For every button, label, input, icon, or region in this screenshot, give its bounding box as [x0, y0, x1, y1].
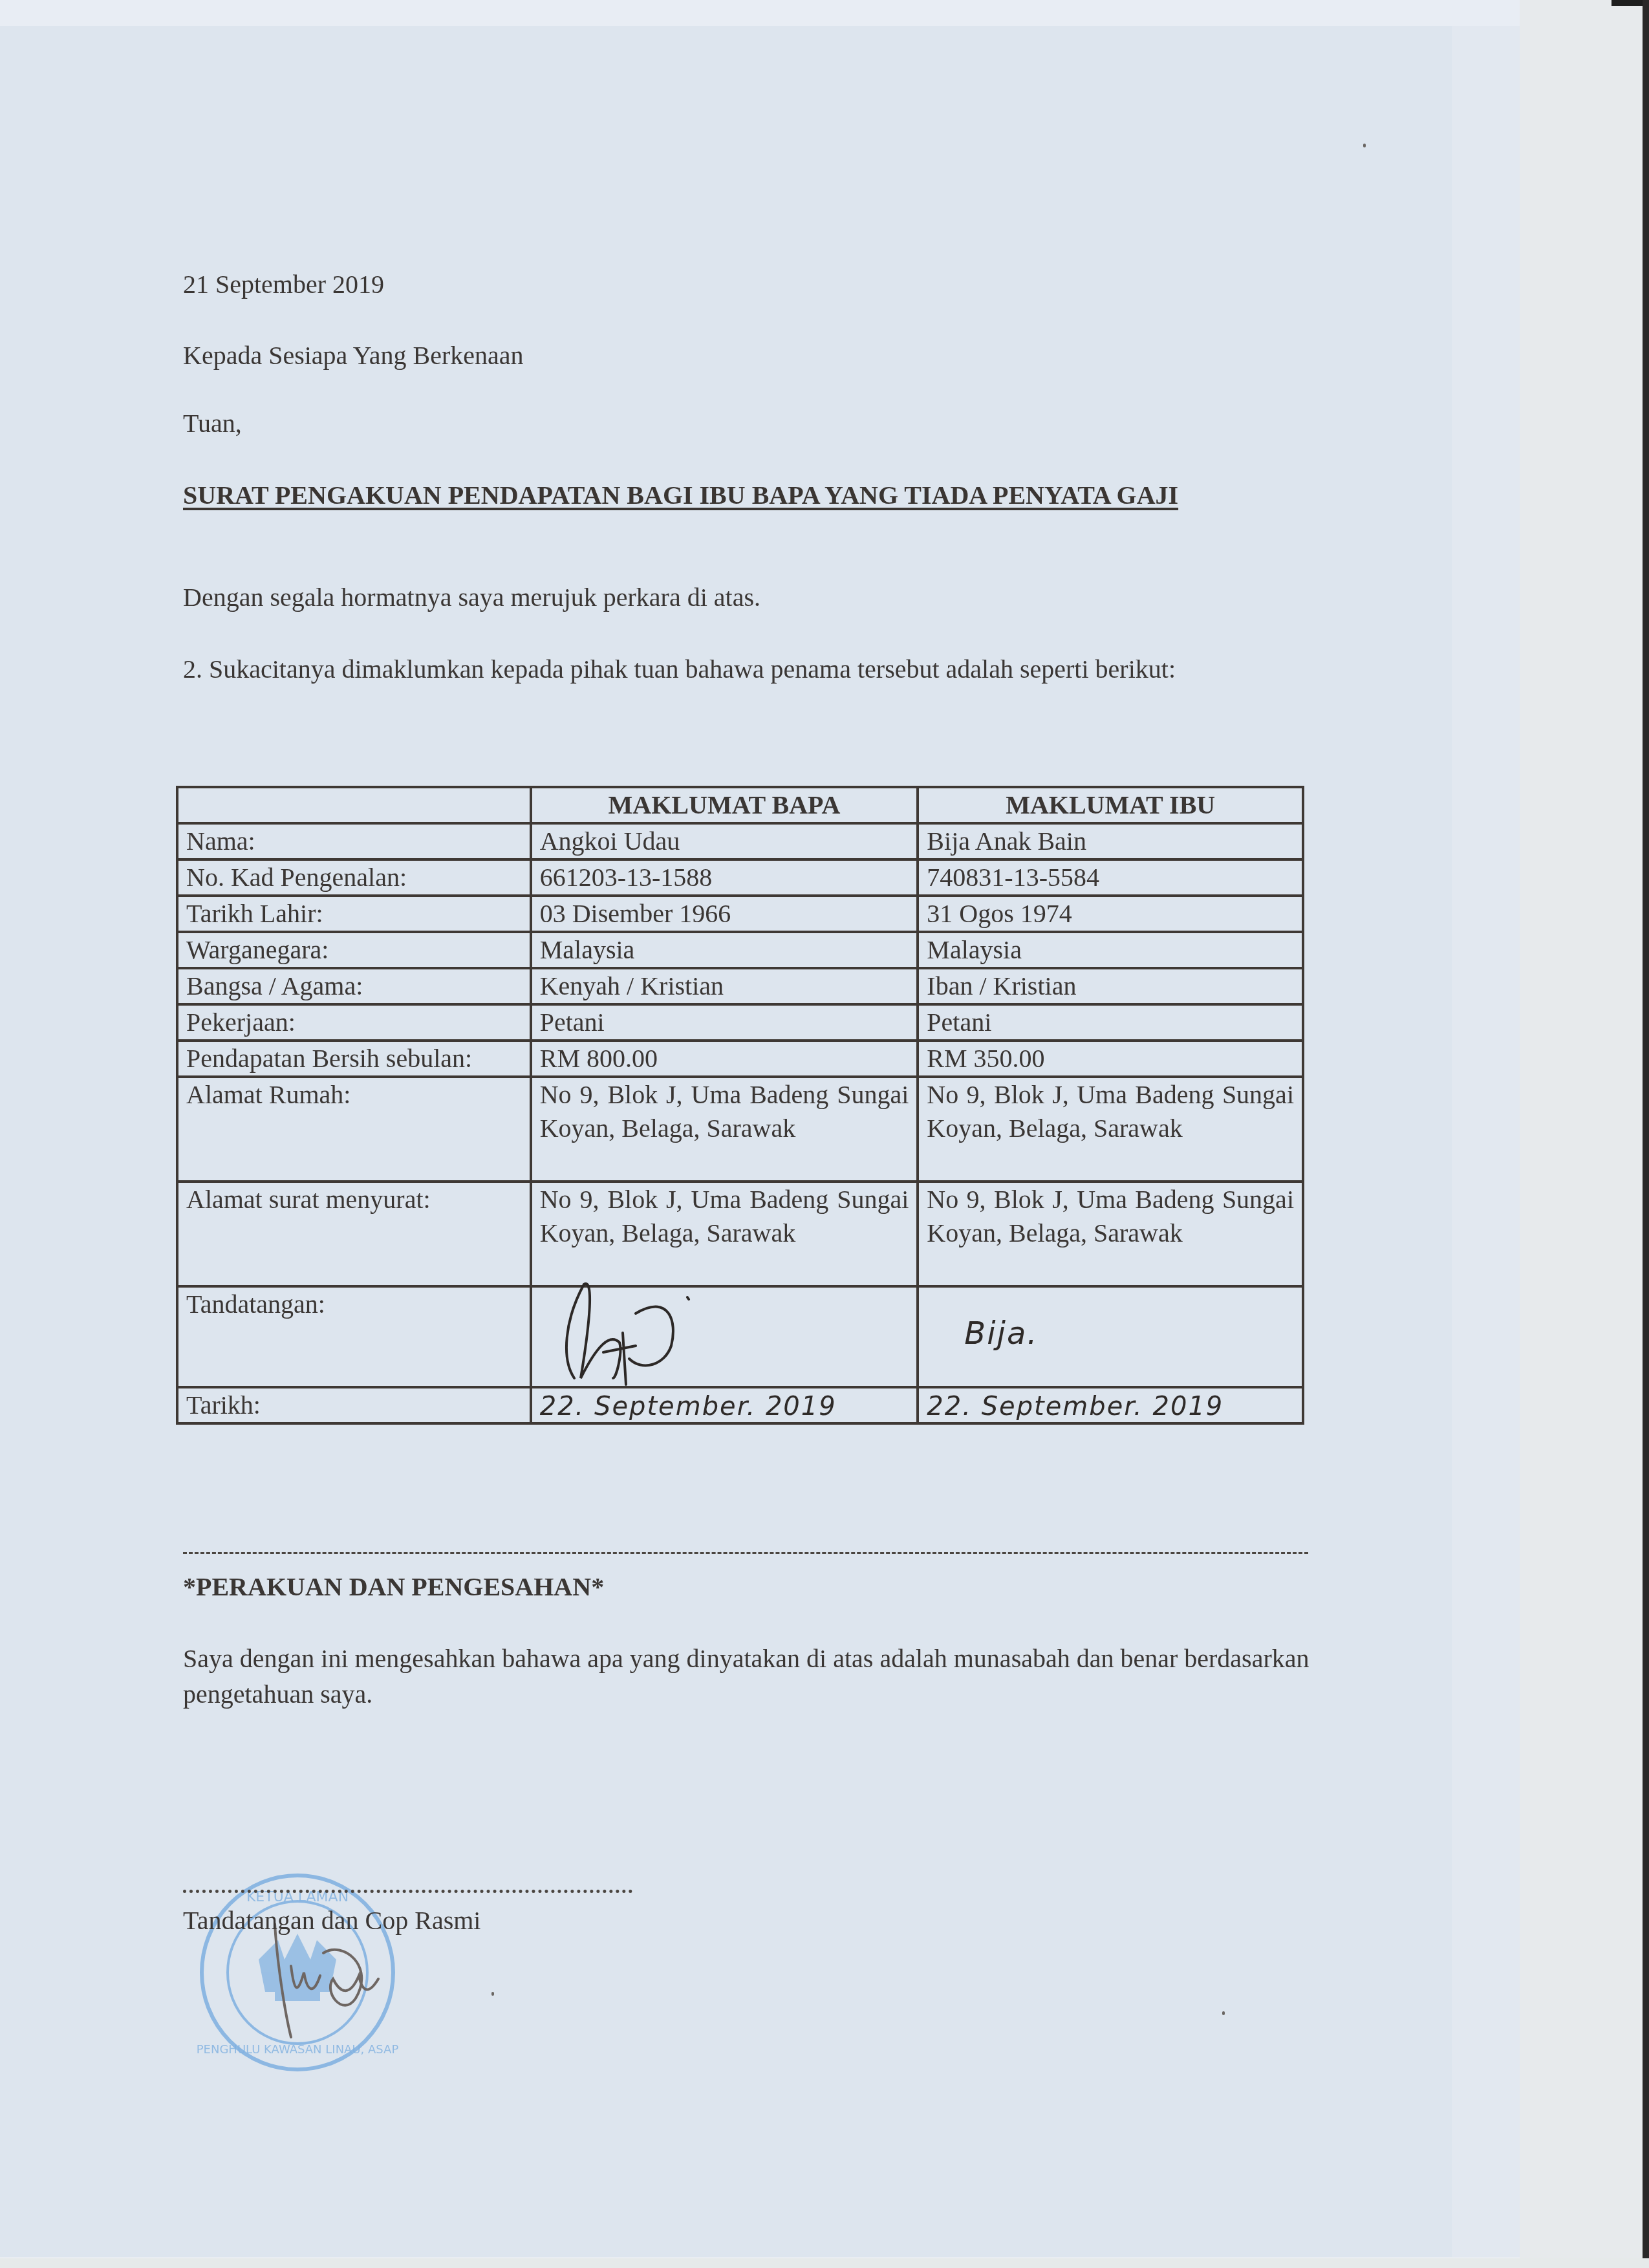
scan-speck: [1363, 144, 1366, 147]
bapa-value: No 9, Blok J, Uma Badeng Sungai Koyan, B…: [531, 1077, 918, 1182]
ibu-signature: Bija.: [918, 1286, 1303, 1387]
row-label: Pendapatan Bersih sebulan:: [177, 1041, 531, 1077]
table-header-row: MAKLUMAT BAPA MAKLUMAT IBU: [177, 787, 1303, 823]
signature-date-row: Tarikh: 22. September. 2019 22. Septembe…: [177, 1387, 1303, 1423]
bapa-value: 661203-13-1588: [531, 859, 918, 896]
ibu-value: 31 Ogos 1974: [918, 896, 1303, 932]
bapa-value: 03 Disember 1966: [531, 896, 918, 932]
table-row: Warganegara: Malaysia Malaysia: [177, 932, 1303, 968]
scan-right-margin: [1520, 0, 1643, 2268]
row-label: Tandatangan:: [177, 1286, 531, 1387]
bapa-value: No 9, Blok J, Uma Badeng Sungai Koyan, B…: [531, 1182, 918, 1286]
ibu-value: Iban / Kristian: [918, 968, 1303, 1004]
addressee: Kepada Sesiapa Yang Berkenaan: [183, 340, 524, 371]
section-divider: [183, 1552, 1308, 1554]
ibu-signature-date: 22. September. 2019: [918, 1387, 1303, 1423]
paragraph-2: 2. Sukacitanya dimaklumkan kepada pihak …: [183, 651, 1308, 687]
ibu-value: RM 350.00: [918, 1041, 1303, 1077]
ibu-value: No 9, Blok J, Uma Badeng Sungai Koyan, B…: [918, 1077, 1303, 1182]
table-row: No. Kad Pengenalan: 661203-13-1588 74083…: [177, 859, 1303, 896]
row-label: Tarikh:: [177, 1387, 531, 1423]
row-label: Nama:: [177, 823, 531, 859]
bapa-value: RM 800.00: [531, 1041, 918, 1077]
ibu-value: Petani: [918, 1004, 1303, 1041]
table-row: Pekerjaan: Petani Petani: [177, 1004, 1303, 1041]
row-label: Bangsa / Agama:: [177, 968, 531, 1004]
table-row: Tarikh Lahir: 03 Disember 1966 31 Ogos 1…: [177, 896, 1303, 932]
header-ibu: MAKLUMAT IBU: [918, 787, 1303, 823]
row-label: Alamat surat menyurat:: [177, 1182, 531, 1286]
signature-row: Tandatangan: Bija.: [177, 1286, 1303, 1387]
ibu-value: Bija Anak Bain: [918, 823, 1303, 859]
ibu-value: Malaysia: [918, 932, 1303, 968]
row-label: No. Kad Pengenalan:: [177, 859, 531, 896]
ibu-date-text: 22. September. 2019: [927, 1392, 1223, 1421]
scan-corner-mark: [1611, 0, 1643, 6]
letter-title: SURAT PENGAKUAN PENDAPATAN BAGI IBU BAPA…: [183, 477, 1308, 513]
table-row: Pendapatan Bersih sebulan: RM 800.00 RM …: [177, 1041, 1303, 1077]
bapa-value: Malaysia: [531, 932, 918, 968]
stamp-bottom-text: PENGHULU KAWASAN LINAU, ASAP: [197, 2043, 399, 2057]
certification-statement: Saya dengan ini mengesahkan bahawa apa y…: [183, 1641, 1321, 1712]
row-label: Tarikh Lahir:: [177, 896, 531, 932]
ibu-signature-text: Bija.: [964, 1317, 1038, 1350]
page-right-shade: [1452, 26, 1520, 2257]
ibu-value: No 9, Blok J, Uma Badeng Sungai Koyan, B…: [918, 1182, 1303, 1286]
ibu-value: 740831-13-5584: [918, 859, 1303, 896]
handwritten-signature-icon: [558, 1281, 726, 1391]
row-label: Pekerjaan:: [177, 1004, 531, 1041]
scan-top-margin: [0, 0, 1649, 26]
scan-speck: [491, 1992, 494, 1996]
table-row: Alamat Rumah: No 9, Blok J, Uma Badeng S…: [177, 1077, 1303, 1182]
header-bapa: MAKLUMAT BAPA: [531, 787, 918, 823]
signature-line: [183, 1890, 632, 1893]
intro-paragraph: Dengan segala hormatnya saya merujuk per…: [183, 582, 760, 613]
certification-heading: *PERAKUAN DAN PENGESAHAN*: [183, 1571, 604, 1603]
scan-bottom-margin: [0, 2258, 1649, 2268]
bapa-date-text: 22. September. 2019: [540, 1392, 837, 1421]
letter-date: 21 September 2019: [183, 269, 384, 300]
table-row: Nama: Angkoi Udau Bija Anak Bain: [177, 823, 1303, 859]
salutation: Tuan,: [183, 408, 242, 439]
row-label: Alamat Rumah:: [177, 1077, 531, 1182]
parent-info-table: MAKLUMAT BAPA MAKLUMAT IBU Nama: Angkoi …: [176, 786, 1304, 1425]
bapa-signature-date: 22. September. 2019: [531, 1387, 918, 1423]
row-label: Warganegara:: [177, 932, 531, 968]
table-row: Alamat surat menyurat: No 9, Blok J, Uma…: [177, 1182, 1303, 1286]
bapa-signature: [531, 1286, 918, 1387]
bapa-value: Angkoi Udau: [531, 823, 918, 859]
scan-speck: [1222, 2011, 1225, 2015]
official-stamp-icon: KETUA LAMAN PENGHULU KAWASAN LINAU, ASAP: [194, 1863, 407, 2076]
bapa-value: Kenyah / Kristian: [531, 968, 918, 1004]
table-row: Bangsa / Agama: Kenyah / Kristian Iban /…: [177, 968, 1303, 1004]
scan-edge: [1643, 0, 1649, 2268]
official-signature-label: Tandatangan dan Cop Rasmi: [183, 1905, 480, 1936]
header-blank: [177, 787, 531, 823]
bapa-value: Petani: [531, 1004, 918, 1041]
